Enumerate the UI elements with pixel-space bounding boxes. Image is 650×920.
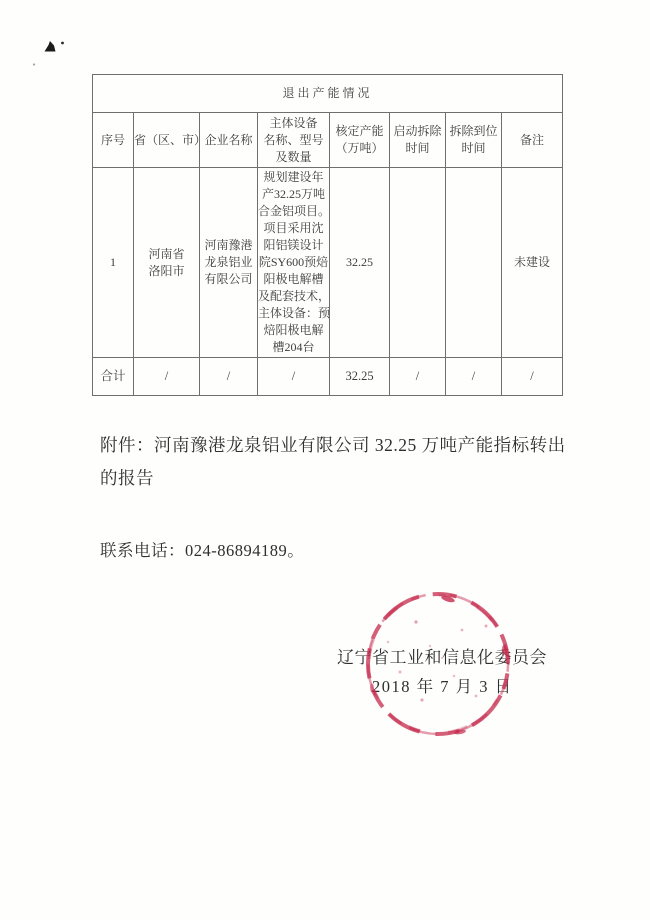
- contact-phone: 联系电话：024-86894189。: [100, 537, 304, 561]
- col-header-demolition-start: 启动拆除 时间: [390, 113, 446, 168]
- issuing-org: 辽宁省工业和信息化委员会: [337, 643, 547, 668]
- col-header-remark: 备注: [502, 113, 563, 168]
- ink-blot-artifact: [28, 36, 74, 70]
- col-header-province: 省（区、市）: [134, 113, 200, 168]
- cell-equipment: 规划建设年 产32.25万吨 合金铝项目。 项目采用沈 阳铝镁设计 院SY600…: [258, 168, 330, 358]
- cell-remark: 未建设: [502, 168, 563, 358]
- col-header-equipment: 主体设备 名称、型号 及数量: [258, 113, 330, 168]
- col-header-company: 企业名称: [200, 113, 258, 168]
- document-page: 退出产能情况 序号 省（区、市） 企业名称 主体设备 名称、型号 及数量 核定产…: [0, 0, 650, 920]
- issue-date: 2018 年 7 月 3 日: [372, 673, 513, 697]
- total-equipment: /: [258, 358, 330, 396]
- total-province: /: [134, 358, 200, 396]
- total-company: /: [200, 358, 258, 396]
- cell-seq: 1: [93, 168, 134, 358]
- total-capacity: 32.25: [330, 358, 390, 396]
- total-demolition-start: /: [390, 358, 446, 396]
- col-header-seq: 序号: [93, 113, 134, 168]
- cell-demolition-start: [390, 168, 446, 358]
- table-total-row: 合计 / / / 32.25 / / /: [93, 358, 563, 396]
- attachment-note: 附件：河南豫港龙泉铝业有限公司 32.25 万吨产能指标转出 的报告: [100, 429, 566, 495]
- cell-demolition-done: [446, 168, 502, 358]
- total-remark: /: [502, 358, 563, 396]
- col-header-demolition-done: 拆除到位 时间: [446, 113, 502, 168]
- table-title-row: 退出产能情况: [93, 75, 563, 113]
- col-header-capacity: 核定产能 （万吨）: [330, 113, 390, 168]
- total-demolition-done: /: [446, 358, 502, 396]
- cell-company: 河南豫港 龙泉铝业 有限公司: [200, 168, 258, 358]
- table-header-row: 序号 省（区、市） 企业名称 主体设备 名称、型号 及数量 核定产能 （万吨） …: [93, 113, 563, 168]
- cell-capacity: 32.25: [330, 168, 390, 358]
- capacity-exit-table: 退出产能情况 序号 省（区、市） 企业名称 主体设备 名称、型号 及数量 核定产…: [92, 74, 563, 396]
- cell-province: 河南省 洛阳市: [134, 168, 200, 358]
- table-title: 退出产能情况: [93, 75, 563, 113]
- table-row: 1 河南省 洛阳市 河南豫港 龙泉铝业 有限公司 规划建设年 产32.25万吨 …: [93, 168, 563, 358]
- total-label: 合计: [93, 358, 134, 396]
